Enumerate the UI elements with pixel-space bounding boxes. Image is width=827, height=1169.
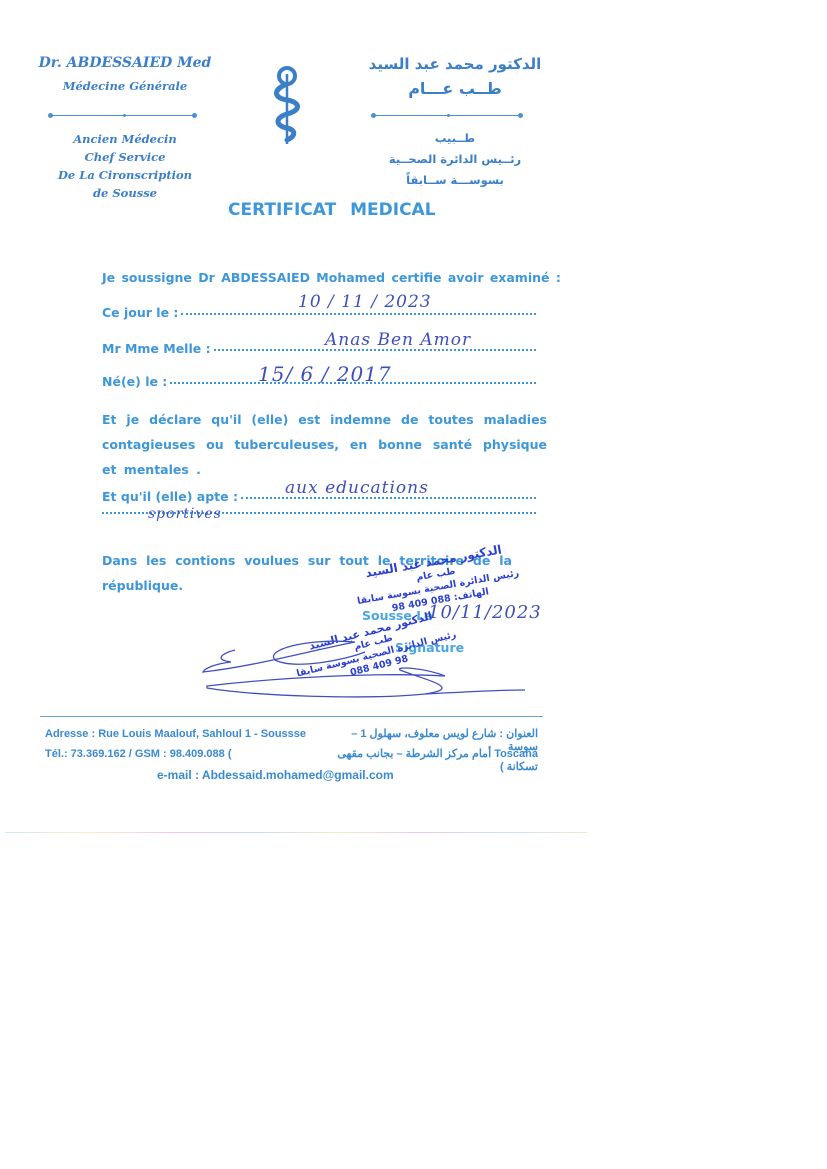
address-fr: Adresse : Rue Louis Maalouf, Sahloul 1 -…	[45, 728, 306, 740]
document-title: CERTIFICAT MEDICAL	[228, 200, 436, 220]
handwritten-apte-2: sportives	[148, 506, 222, 522]
caduceus-icon	[262, 62, 312, 147]
title-line: رئــيس الدائرة الصحــية	[350, 149, 560, 170]
doctor-name-ar: الدكتور محمد عبد السيد	[350, 55, 560, 73]
doctor-name-fr: Dr. ABDESSAIED Med	[30, 55, 220, 71]
header-left-divider	[50, 115, 195, 116]
handwritten-apte-1: aux educations	[285, 478, 429, 498]
declaration-text: Et je déclare qu'il (elle) est indemne d…	[102, 407, 547, 482]
handwritten-name: Anas Ben Amor	[325, 330, 471, 350]
specialty-fr: Médecine Générale	[30, 79, 220, 93]
email: e-mail : Abdessaid.mohamed@gmail.com	[157, 768, 394, 782]
header-right-titles: طــبيب رئــيس الدائرة الصحــية بسوســـة …	[350, 128, 560, 191]
handwritten-date: 10 / 11 / 2023	[298, 292, 432, 312]
header-left-titles: Ancien Médecin Chef Service De La Cirons…	[30, 130, 220, 202]
footer-divider	[40, 716, 543, 717]
intro-text: Je soussigne Dr ABDESSAIED Mohamed certi…	[102, 270, 561, 285]
field-label: Ce jour le :	[102, 305, 178, 320]
title-line: Ancien Médecin	[30, 130, 220, 148]
title-line: de Sousse	[30, 184, 220, 202]
specialty-ar: طــب عـــام	[350, 79, 560, 98]
title-line: De La Cironscription	[30, 166, 220, 184]
phone: Tél.: 73.369.162 / GSM : 98.409.088 (	[45, 748, 232, 760]
scan-edge	[5, 832, 587, 833]
title-line: Chef Service	[30, 148, 220, 166]
handwritten-signature	[195, 630, 535, 700]
title-line: طــبيب	[350, 128, 560, 149]
header-right: الدكتور محمد عبد السيد طــب عـــام	[350, 55, 560, 98]
title-line: بسوســـة ســابقاً	[350, 170, 560, 191]
field-label: Et qu'il (elle) apte :	[102, 489, 238, 504]
header-right-divider	[373, 115, 521, 116]
dotted-line	[181, 313, 536, 315]
header-left: Dr. ABDESSAIED Med Médecine Générale	[30, 55, 220, 93]
field-label: Mr Mme Melle :	[102, 341, 211, 356]
field-label: Né(e) le :	[102, 374, 167, 389]
handwritten-birthdate: 15/ 6 / 2017	[258, 362, 392, 386]
